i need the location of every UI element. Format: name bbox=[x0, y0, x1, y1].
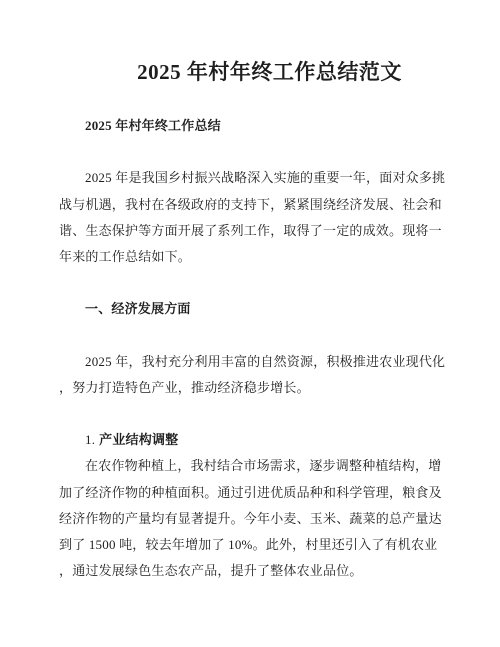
spacer bbox=[59, 87, 440, 113]
subsection1-paragraph-line: 到了 1500 吨，较去年增加了 10%。此外，村里还引入了有机农业 bbox=[59, 532, 440, 558]
subsection-number: 1. bbox=[85, 432, 95, 447]
document-content: 2025 年村年终工作总结范文 2025 年村年终工作总结 2025 年是我国乡… bbox=[0, 0, 500, 584]
document-title: 2025 年村年终工作总结范文 bbox=[79, 58, 460, 87]
intro-paragraph-line: 年来的工作总结如下。 bbox=[59, 244, 440, 270]
subsection1-paragraph-line: ，通过发展绿色生态农产品，提升了整体农业品位。 bbox=[59, 558, 440, 584]
intro-paragraph-line: 战与机遇，我村在各级政府的支持下，紧紧围绕经济发展、社会和 bbox=[59, 192, 440, 218]
spacer bbox=[59, 270, 440, 296]
section-heading-economic-development: 一、经济发展方面 bbox=[59, 296, 440, 322]
intro-paragraph-line: 谐、生态保护等方面开展了系列工作，取得了一定的成效。现将一 bbox=[59, 218, 440, 244]
subsection-heading-industry-structure: 1.产业结构调整 bbox=[59, 427, 440, 453]
subsection1-paragraph-line: 经济作物的产量均有显著提升。今年小麦、玉米、蔬菜的总产量达 bbox=[59, 506, 440, 532]
section1-paragraph-line: ，努力打造特色产业，推动经济稳步增长。 bbox=[59, 375, 440, 401]
section1-paragraph-line: 2025 年，我村充分利用丰富的自然资源，积极推进农业现代化 bbox=[59, 349, 440, 375]
spacer bbox=[59, 323, 440, 349]
document-page: 2025 年村年终工作总结范文 2025 年村年终工作总结 2025 年是我国乡… bbox=[0, 0, 500, 647]
subsection1-paragraph-line: 在农作物种植上，我村结合市场需求，逐步调整种植结构，增 bbox=[59, 453, 440, 479]
spacer bbox=[59, 139, 440, 165]
spacer bbox=[59, 401, 440, 427]
document-subtitle: 2025 年村年终工作总结 bbox=[59, 113, 440, 139]
subsection1-paragraph-line: 加了经济作物的种植面积。通过引进优质品种和科学管理，粮食及 bbox=[59, 480, 440, 506]
subsection-heading-text: 产业结构调整 bbox=[99, 432, 178, 447]
intro-paragraph-line: 2025 年是我国乡村振兴战略深入实施的重要一年，面对众多挑 bbox=[59, 165, 440, 191]
